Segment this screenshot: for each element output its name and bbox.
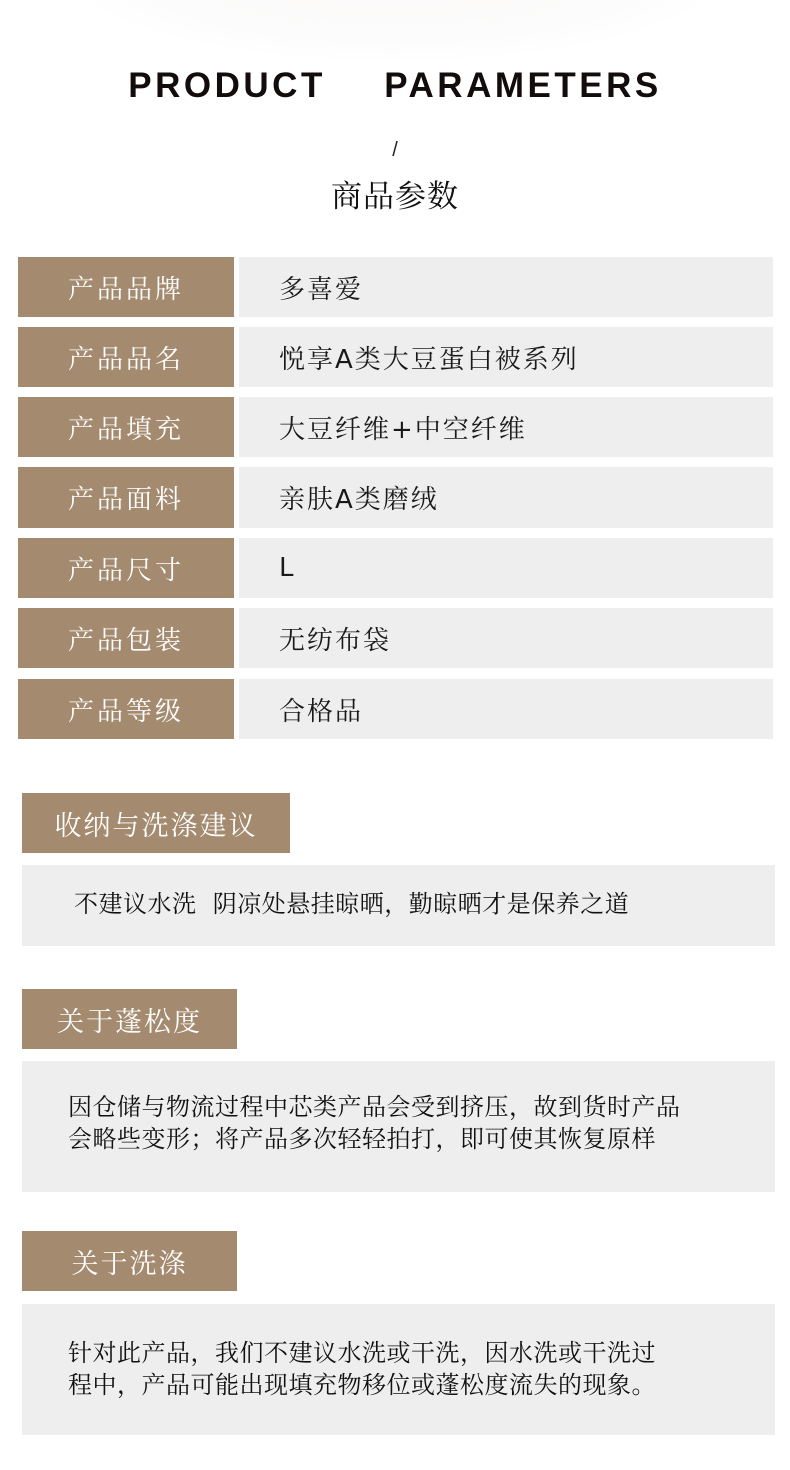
param-label: 产品尺寸: [18, 538, 234, 598]
param-label: 产品包装: [18, 608, 234, 668]
section-text-line: 针对此产品，我们不建议水洗或干洗，因水洗或干洗过: [68, 1337, 755, 1369]
section-title-storage-washing: 收纳与洗涤建议: [22, 793, 290, 853]
title-separator: /: [0, 139, 790, 162]
section-body-washing: 针对此产品，我们不建议水洗或干洗，因水洗或干洗过 程中，产品可能出现填充物移位或…: [22, 1304, 775, 1435]
param-value: L: [239, 538, 773, 598]
section-text-line: 因仓储与物流过程中芯类产品会受到挤压，故到货时产品: [68, 1091, 755, 1123]
section-text-line: 会略些变形；将产品多次轻轻拍打，即可使其恢复原样: [68, 1123, 755, 1155]
section-title-loft: 关于蓬松度: [22, 989, 237, 1049]
param-value: 悦享A类大豆蛋白被系列: [239, 327, 773, 387]
param-value: 合格品: [239, 679, 773, 739]
page-title-cn: 商品参数: [0, 171, 790, 216]
param-label: 产品品名: [18, 327, 234, 387]
param-row-fabric: 产品面料 亲肤A类磨绒: [18, 467, 773, 528]
param-label: 产品面料: [18, 467, 234, 528]
section-body-storage-washing: 不建议水洗 阴凉处悬挂晾晒，勤晾晒才是保养之道: [22, 865, 775, 946]
param-row-grade: 产品等级 合格品: [18, 679, 773, 739]
param-label: 产品填充: [18, 397, 234, 457]
param-row-name: 产品品名 悦享A类大豆蛋白被系列: [18, 327, 773, 387]
header-glow: [70, 0, 720, 60]
section-body-loft: 因仓储与物流过程中芯类产品会受到挤压，故到货时产品 会略些变形；将产品多次轻轻拍…: [22, 1061, 775, 1192]
param-value: 亲肤A类磨绒: [239, 467, 773, 528]
section-text-line: 不建议水洗 阴凉处悬挂晾晒，勤晾晒才是保养之道: [74, 888, 755, 920]
param-row-brand: 产品品牌 多喜爱: [18, 257, 773, 317]
param-row-packaging: 产品包装 无纺布袋: [18, 608, 773, 668]
param-label: 产品等级: [18, 679, 234, 739]
param-row-filling: 产品填充 大豆纤维+中空纤维: [18, 397, 773, 457]
param-value: 多喜爱: [239, 257, 773, 317]
param-row-size: 产品尺寸 L: [18, 538, 773, 598]
param-value: 无纺布袋: [239, 608, 773, 668]
section-text-line: 程中，产品可能出现填充物移位或蓬松度流失的现象。: [68, 1369, 755, 1401]
param-value: 大豆纤维+中空纤维: [239, 397, 773, 457]
page-title-en: PRODUCT PARAMETERS: [0, 66, 790, 106]
param-label: 产品品牌: [18, 257, 234, 317]
section-title-washing: 关于洗涤: [22, 1231, 237, 1291]
